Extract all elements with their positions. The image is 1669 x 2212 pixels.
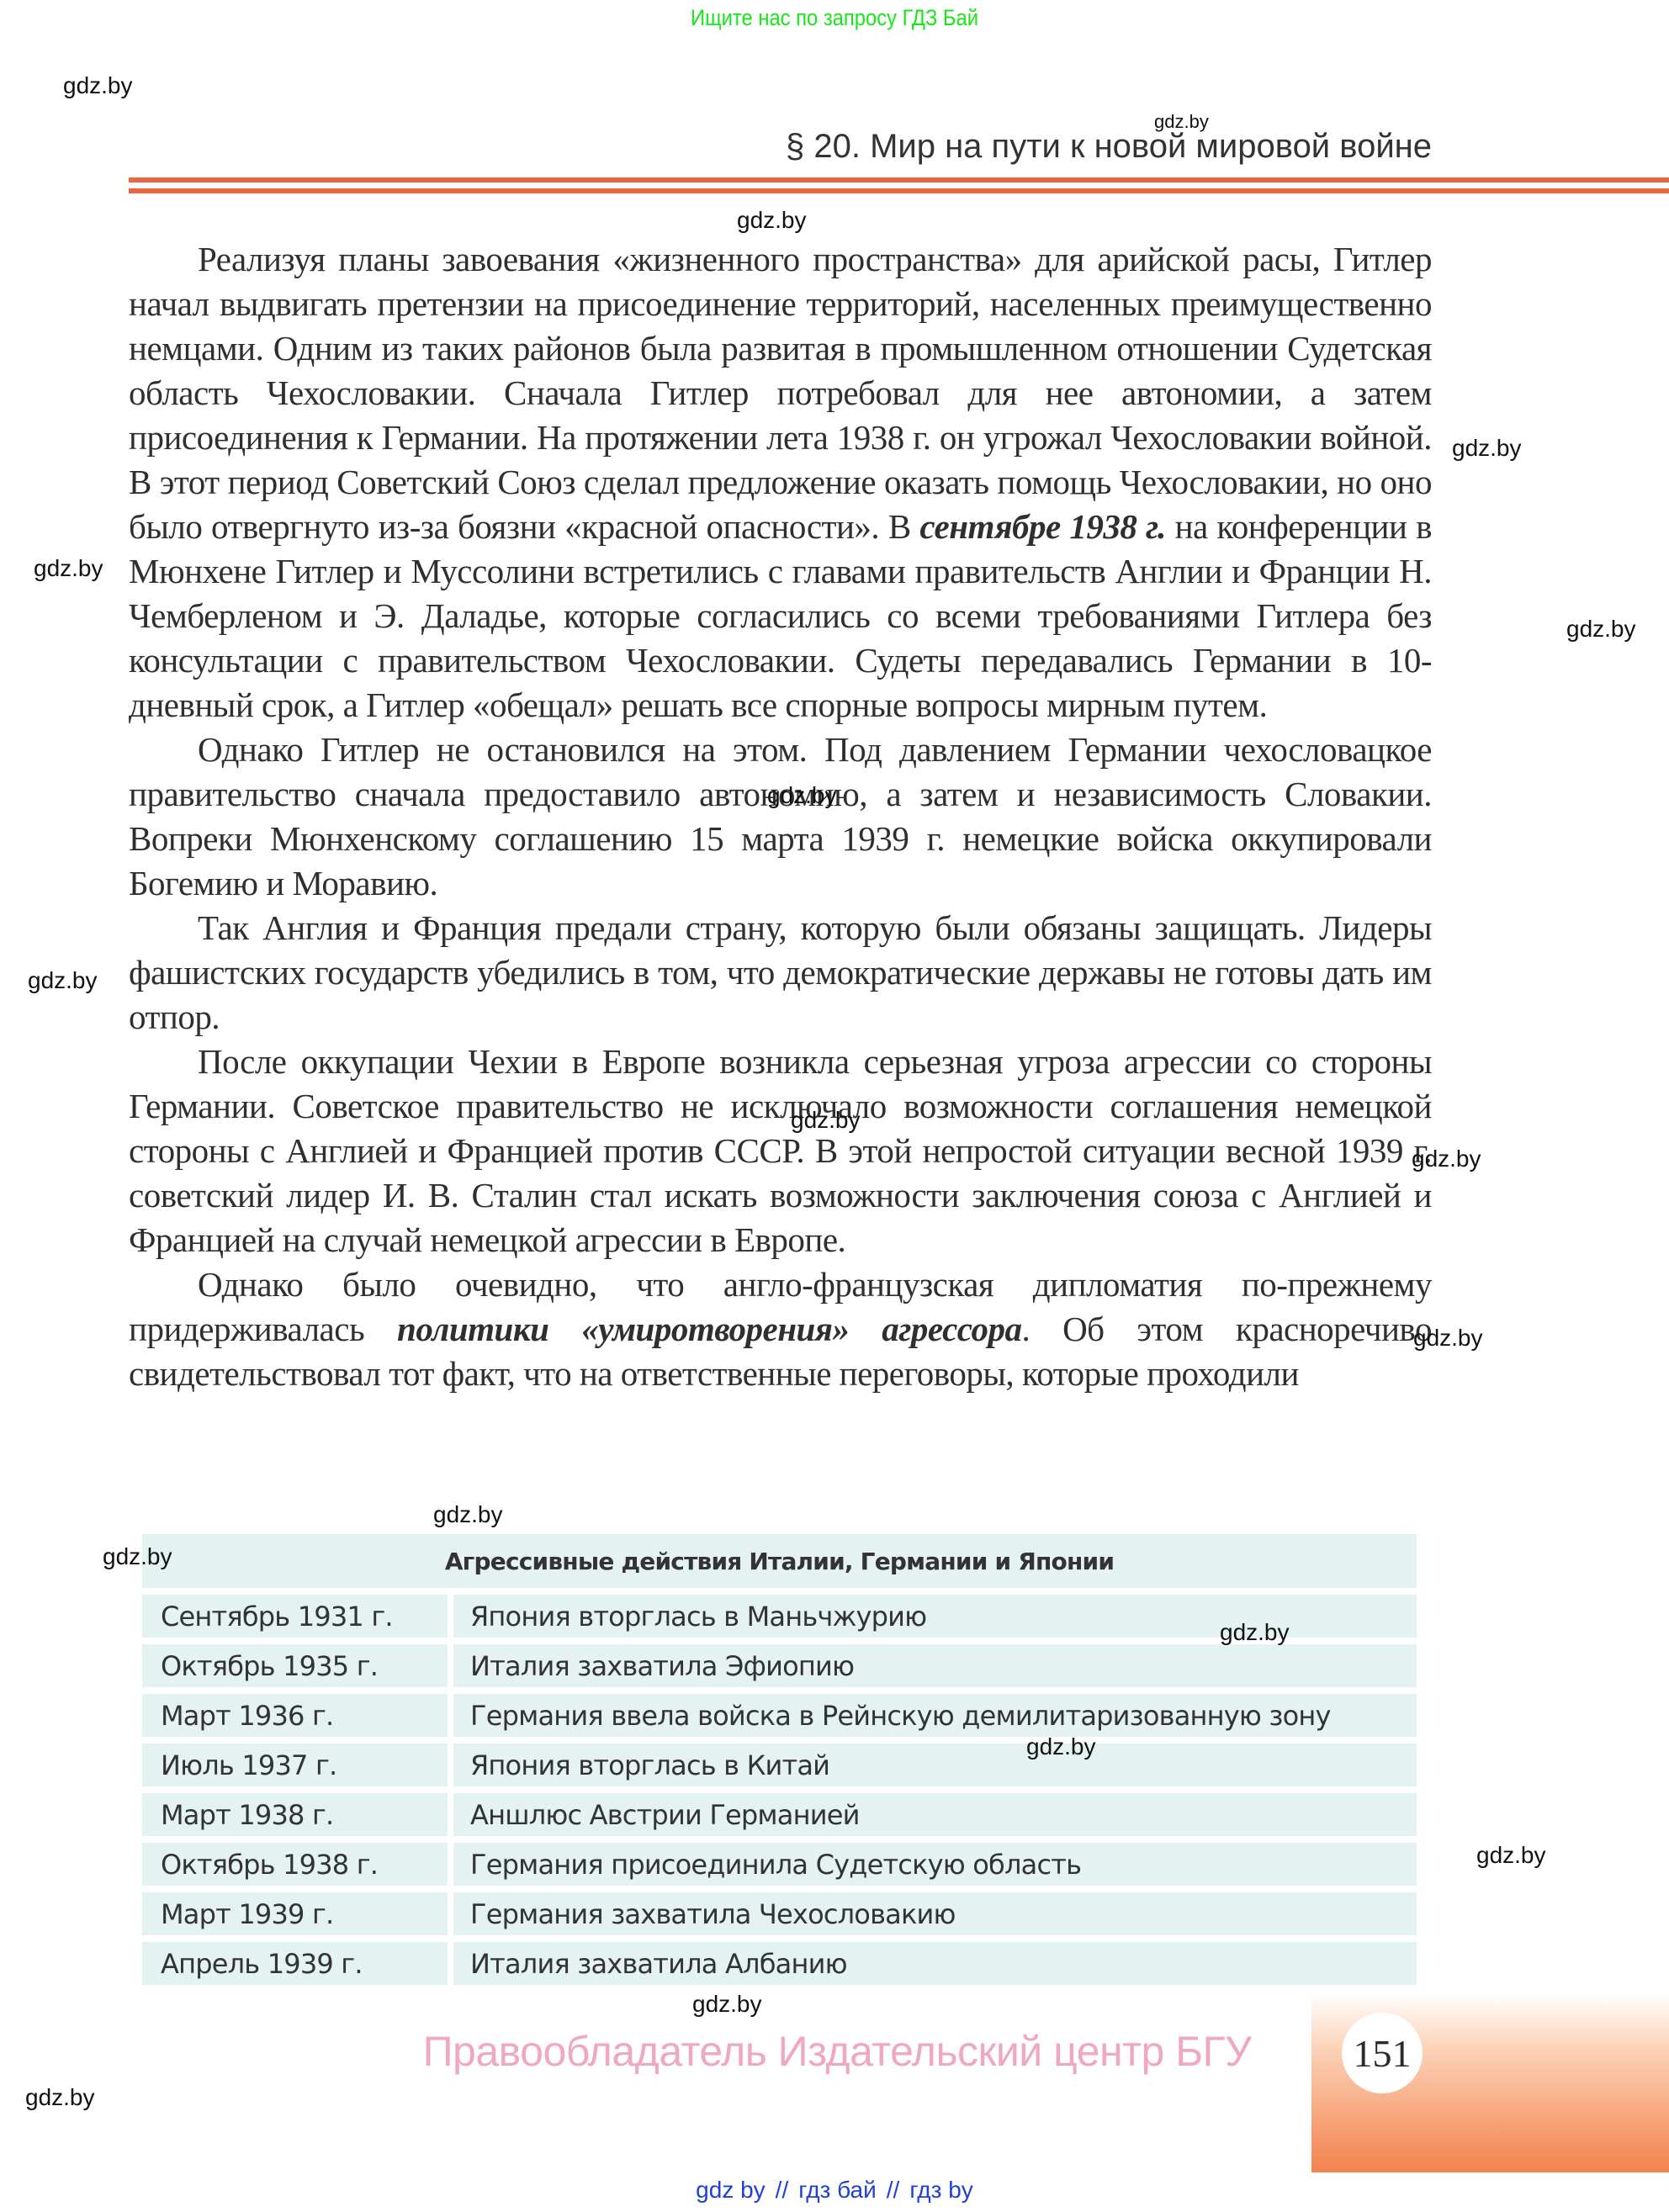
table-row: Октябрь 1938 г.Германия присоединила Суд… xyxy=(142,1843,1417,1886)
watermark: gdz.by xyxy=(25,2084,95,2111)
link-separator: // xyxy=(887,2177,900,2203)
paragraph: Так Англия и Франция предали страну, кот… xyxy=(129,906,1432,1040)
table-title: Агрессивные действия Италии, Германии и … xyxy=(142,1534,1417,1588)
date-cell: Март 1939 г. xyxy=(142,1892,448,1935)
table-row: Октябрь 1935 г.Италия захватила Эфиопию xyxy=(142,1644,1417,1687)
footer-links: gdz by//гдз бай//гдз by xyxy=(0,2177,1669,2204)
watermark: gdz.by xyxy=(1476,1842,1546,1869)
link-separator: // xyxy=(776,2177,789,2203)
table-rows: Сентябрь 1931 г.Япония вторглась в Маньч… xyxy=(142,1595,1417,1985)
event-cell: Германия захватила Чехословакию xyxy=(453,1892,1417,1935)
table-row: Март 1936 г.Германия ввела войска в Рейн… xyxy=(142,1694,1417,1737)
watermark: gdz.by xyxy=(433,1501,503,1528)
watermark: gdz.by xyxy=(1026,1733,1096,1760)
table-row: Март 1938 г.Аншлюс Австрии Германией xyxy=(142,1793,1417,1836)
watermark: gdz.by xyxy=(737,207,807,234)
event-cell: Германия присоединила Судетскую область xyxy=(453,1843,1417,1886)
event-cell: Япония вторглась в Китай xyxy=(453,1744,1417,1786)
page-number: 151 xyxy=(1342,2013,1423,2093)
header-rule-bottom xyxy=(129,188,1669,193)
footer-link[interactable]: гдз бай xyxy=(798,2177,877,2203)
aggression-table: Агрессивные действия Италии, Германии и … xyxy=(142,1534,1417,1992)
chapter-title: § 20. Мир на пути к новой мировой войне xyxy=(740,128,1432,166)
paragraph: Однако было очевидно, что англо-французс… xyxy=(129,1262,1432,1396)
date-cell: Март 1938 г. xyxy=(142,1793,448,1836)
emphasis-term: политики «умиротворения» агрессора xyxy=(397,1310,1021,1348)
copyright-notice: Правообладатель Издательский центр БГУ xyxy=(404,2027,1270,2076)
watermark: gdz.by xyxy=(1412,1146,1481,1172)
date-cell: Июль 1937 г. xyxy=(142,1744,448,1786)
paragraph: Однако Гитлер не остановился на этом. По… xyxy=(129,728,1432,906)
watermark: gdz.by xyxy=(692,1991,762,2018)
watermark: gdz.by xyxy=(1154,111,1209,133)
page-number-block: 151 xyxy=(1311,1996,1669,2172)
watermark: gdz.by xyxy=(34,555,103,582)
body-text: Реализуя планы завоевания «жизненного пр… xyxy=(129,237,1432,1396)
watermark: gdz.by xyxy=(767,782,837,809)
paragraph: Реализуя планы завоевания «жизненного пр… xyxy=(129,237,1432,728)
table-row: Апрель 1939 г.Италия захватила Албанию xyxy=(142,1942,1417,1985)
watermark: gdz.by xyxy=(1220,1619,1290,1646)
paragraph: После оккупации Чехии в Европе возникла … xyxy=(129,1040,1432,1262)
watermark: gdz.by xyxy=(1413,1325,1483,1352)
top-banner: Ищите нас по запросу ГДЗ Бай xyxy=(100,5,1569,31)
footer-link[interactable]: гдз by xyxy=(909,2177,972,2203)
emphasis-term: сентябре 1938 г. xyxy=(919,507,1166,546)
table-row: Июль 1937 г.Япония вторглась в Китай xyxy=(142,1744,1417,1786)
date-cell: Апрель 1939 г. xyxy=(142,1942,448,1985)
watermark: gdz.by xyxy=(28,967,98,994)
event-cell: Италия захватила Эфиопию xyxy=(453,1644,1417,1687)
watermark: gdz.by xyxy=(63,72,133,99)
watermark: gdz.by xyxy=(1452,435,1522,462)
date-cell: Сентябрь 1931 г. xyxy=(142,1595,448,1638)
watermark: gdz.by xyxy=(1566,616,1636,643)
date-cell: Октябрь 1938 г. xyxy=(142,1843,448,1886)
event-cell: Германия ввела войска в Рейнскую демилит… xyxy=(453,1694,1417,1737)
event-cell: Италия захватила Албанию xyxy=(453,1942,1417,1985)
footer-link[interactable]: gdz by xyxy=(696,2177,766,2203)
watermark: gdz.by xyxy=(103,1543,172,1570)
date-cell: Март 1936 г. xyxy=(142,1694,448,1737)
header-rule-top xyxy=(129,177,1669,183)
table-row: Март 1939 г.Германия захватила Чехослова… xyxy=(142,1892,1417,1935)
date-cell: Октябрь 1935 г. xyxy=(142,1644,448,1687)
event-cell: Аншлюс Австрии Германией xyxy=(453,1793,1417,1836)
watermark: gdz.by xyxy=(791,1107,861,1134)
